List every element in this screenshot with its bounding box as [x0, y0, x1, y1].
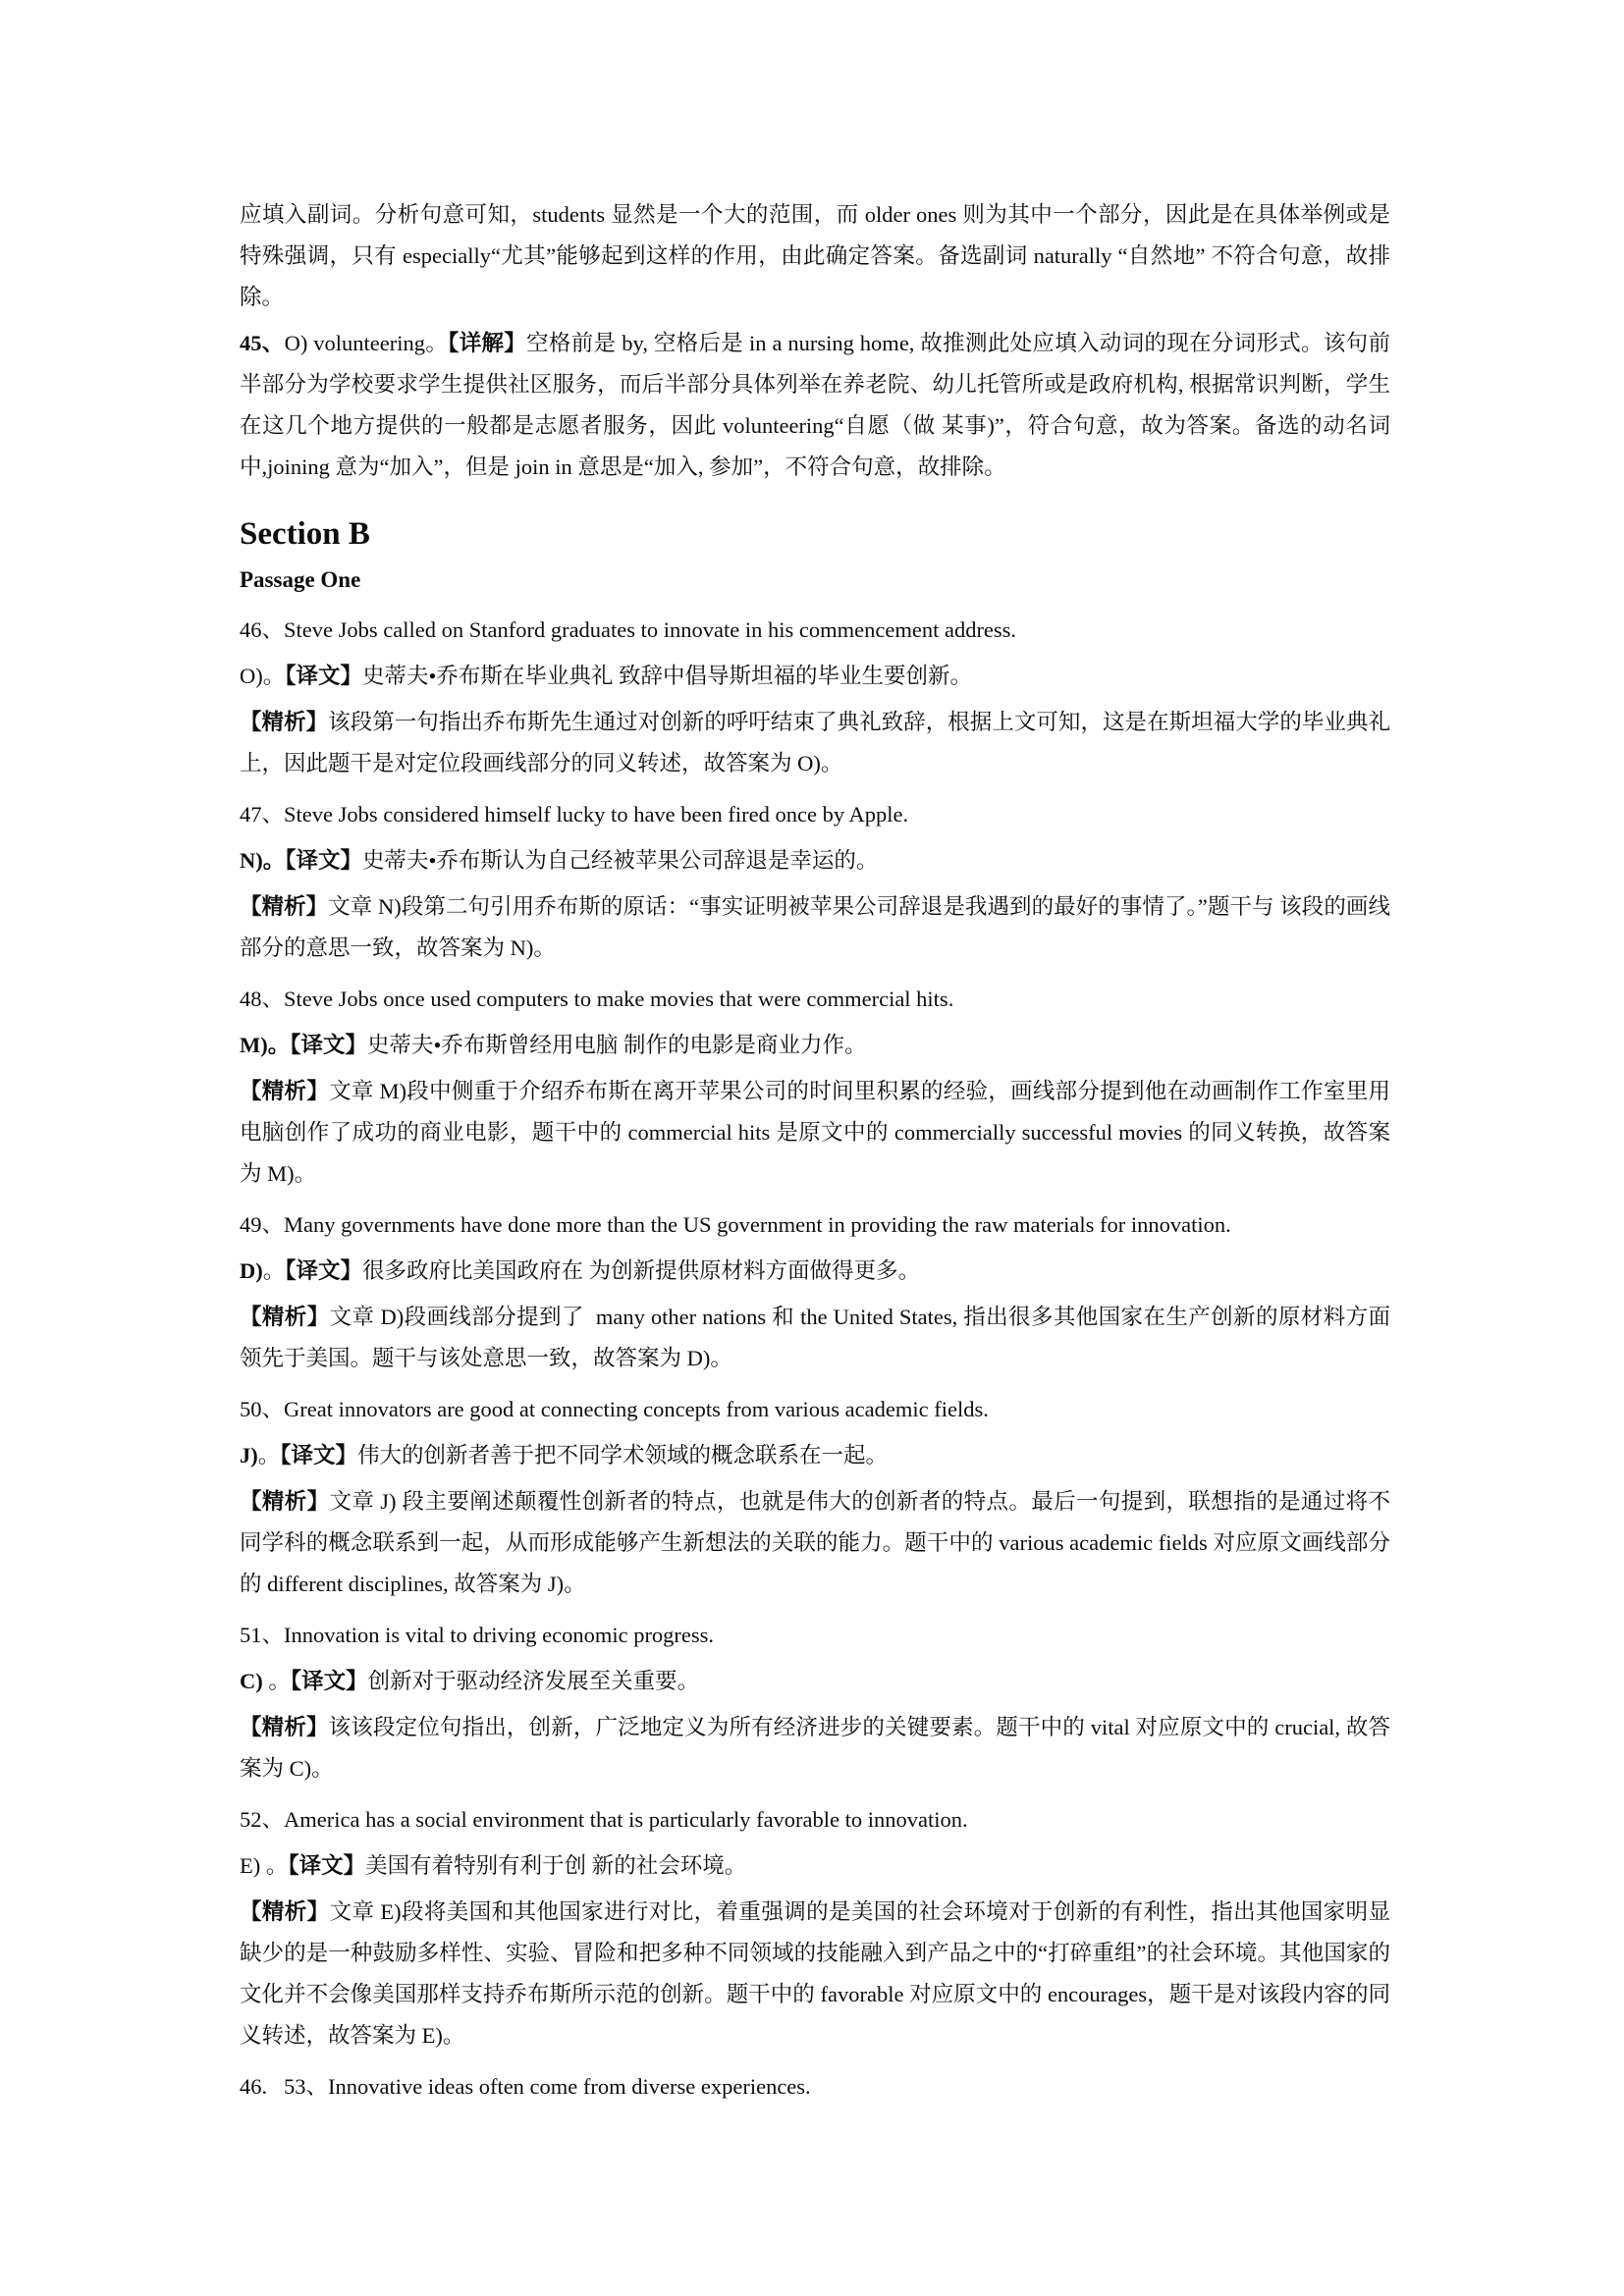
- answer-51-translation: C) 。【译文】创新对于驱动经济发展至关重要。: [240, 1661, 1390, 1702]
- text-run: 50、Great innovators are good at connecti…: [240, 1397, 989, 1421]
- text-run: 45、: [240, 331, 285, 355]
- text-run: O)。: [240, 664, 285, 688]
- answer-45-volunteering: 45、O) volunteering。【详解】空格前是 by, 空格后是 in …: [240, 323, 1390, 488]
- document-content: 应填入副词。分析句意可知，students 显然是一个大的范围，而 older …: [240, 194, 1390, 2112]
- text-run: 52、America has a social environment that…: [240, 1807, 968, 1832]
- question-51: 51、Innovation is vital to driving econom…: [240, 1615, 1390, 1656]
- text-run: 应填入副词。分析句意可知，students 显然是一个大的范围，而 older …: [240, 202, 1390, 309]
- text-run: E) 。: [240, 1853, 288, 1878]
- answer-52-analysis: 【精析】文章 E)段将美国和其他国家进行对比，着重强调的是美国的社会环境对于创新…: [240, 1892, 1390, 2056]
- answer-49-analysis: 【精析】文章 D)段画线部分提到了 many other nations 和 t…: [240, 1297, 1390, 1379]
- text-run: 文章 N)段第二句引用乔布斯的原话：“事实证明被苹果公司辞退是我遇到的最好的事情…: [240, 894, 1390, 960]
- text-run: 。: [263, 1258, 286, 1283]
- text-run: 【译文】: [285, 848, 362, 873]
- answer-47-translation: N)。【译文】史蒂夫•乔布斯认为自己经被苹果公司辞退是幸运的。: [240, 840, 1390, 881]
- text-run: 【精析】: [240, 1715, 329, 1739]
- text-run: 该段第一句指出乔布斯先生通过对创新的呼吁结束了典礼致辞，根据上文可知，这是在斯坦…: [240, 710, 1390, 775]
- text-run: 史蒂夫•乔布斯认为自己经被苹果公司辞退是幸运的。: [362, 848, 878, 873]
- question-52: 52、America has a social environment that…: [240, 1799, 1390, 1841]
- text-run: O) volunteering。: [285, 331, 449, 355]
- text-run: D): [240, 1258, 263, 1283]
- text-run: 【译文】: [285, 664, 362, 688]
- section-b-heading: Section B: [240, 513, 1390, 555]
- text-run: 【精析】: [240, 710, 328, 734]
- text-run: 46. 53、Innovative ideas often come from …: [240, 2074, 811, 2099]
- text-run: 很多政府比美国政府在 为创新提供原材料方面做得更多。: [362, 1258, 920, 1283]
- question-47: 47、Steve Jobs considered himself lucky t…: [240, 794, 1390, 835]
- text-run: 创新对于驱动经济发展至关重要。: [368, 1669, 700, 1693]
- text-run: Section B: [240, 516, 370, 552]
- text-run: 。: [258, 1443, 281, 1468]
- answer-51-analysis: 【精析】该该段定位句指出，创新，广泛地定义为所有经济进步的关键要素。题干中的 v…: [240, 1707, 1390, 1789]
- text-run: Passage One: [240, 567, 360, 592]
- question-48: 48、Steve Jobs once used computers to mak…: [240, 979, 1390, 1020]
- text-run: 【译文】: [291, 1669, 368, 1693]
- text-run: 46、Steve Jobs called on Stanford graduat…: [240, 617, 1016, 642]
- text-run: 【译文】: [285, 1258, 362, 1283]
- text-run: 【精析】: [240, 1899, 330, 1924]
- text-run: 【译文】: [288, 1853, 365, 1878]
- text-run: 伟大的创新者善于把不同学术领域的概念联系在一起。: [357, 1443, 888, 1468]
- text-run: N)。: [240, 848, 285, 873]
- text-run: 49、Many governments have done more than …: [240, 1212, 1231, 1237]
- text-run: 文章 J) 段主要阐述颠覆性创新者的特点，也就是伟大的创新者的特点。最后一句提到…: [240, 1489, 1390, 1596]
- text-run: 史蒂夫•乔布斯曾经用电脑 制作的电影是商业力作。: [367, 1033, 867, 1057]
- text-run: 文章 D)段画线部分提到了 many other nations 和 the U…: [240, 1305, 1390, 1370]
- text-run: 【精析】: [240, 1305, 330, 1329]
- question-46: 46、Steve Jobs called on Stanford graduat…: [240, 610, 1390, 651]
- text-run: 文章 M)段中侧重于介绍乔布斯在离开苹果公司的时间里积累的经验，画线部分提到他在…: [240, 1079, 1390, 1186]
- text-run: 该该段定位句指出，创新，广泛地定义为所有经济进步的关键要素。题干中的 vital…: [240, 1715, 1390, 1781]
- question-49: 49、Many governments have done more than …: [240, 1204, 1390, 1246]
- answer-46-translation: O)。【译文】史蒂夫•乔布斯在毕业典礼 致辞中倡导斯坦福的毕业生要创新。: [240, 656, 1390, 697]
- text-run: 。: [263, 1669, 291, 1693]
- text-run: 47、Steve Jobs considered himself lucky t…: [240, 802, 908, 827]
- text-run: 51、Innovation is vital to driving econom…: [240, 1623, 714, 1647]
- text-run: 史蒂夫•乔布斯在毕业典礼 致辞中倡导斯坦福的毕业生要创新。: [362, 664, 972, 688]
- question-50: 50、Great innovators are good at connecti…: [240, 1389, 1390, 1430]
- answer-46-analysis: 【精析】该段第一句指出乔布斯先生通过对创新的呼吁结束了典礼致辞，根据上文可知，这…: [240, 702, 1390, 784]
- text-run: 【译文】: [290, 1033, 367, 1057]
- text-run: 【精析】: [240, 894, 328, 919]
- text-run: 美国有着特别有利于创 新的社会环境。: [365, 1853, 746, 1878]
- text-run: 48、Steve Jobs once used computers to mak…: [240, 987, 953, 1011]
- answer-50-translation: J)。【译文】伟大的创新者善于把不同学术领域的概念联系在一起。: [240, 1435, 1390, 1476]
- text-run: 【译文】: [280, 1443, 357, 1468]
- text-run: 【精析】: [240, 1079, 329, 1103]
- answer-47-analysis: 【精析】文章 N)段第二句引用乔布斯的原话：“事实证明被苹果公司辞退是我遇到的最…: [240, 886, 1390, 969]
- answer-48-analysis: 【精析】文章 M)段中侧重于介绍乔布斯在离开苹果公司的时间里积累的经验，画线部分…: [240, 1071, 1390, 1195]
- answer-49-translation: D)。【译文】很多政府比美国政府在 为创新提供原材料方面做得更多。: [240, 1251, 1390, 1292]
- passage-one-heading: Passage One: [240, 564, 1390, 596]
- answer-48-translation: M)。【译文】史蒂夫•乔布斯曾经用电脑 制作的电影是商业力作。: [240, 1025, 1390, 1066]
- answer-44-explanation-tail: 应填入副词。分析句意可知，students 显然是一个大的范围，而 older …: [240, 194, 1390, 318]
- text-run: 【精析】: [240, 1489, 330, 1514]
- text-run: M)。: [240, 1033, 290, 1057]
- answer-50-analysis: 【精析】文章 J) 段主要阐述颠覆性创新者的特点，也就是伟大的创新者的特点。最后…: [240, 1481, 1390, 1605]
- answer-52-translation: E) 。【译文】美国有着特别有利于创 新的社会环境。: [240, 1845, 1390, 1887]
- text-run: J): [240, 1443, 258, 1468]
- text-run: 文章 E)段将美国和其他国家进行对比，着重强调的是美国的社会环境对于创新的有利性…: [240, 1899, 1390, 2048]
- text-run: C): [240, 1669, 263, 1693]
- question-53: 46. 53、Innovative ideas often come from …: [240, 2066, 1390, 2108]
- text-run: 【详解】: [448, 331, 526, 355]
